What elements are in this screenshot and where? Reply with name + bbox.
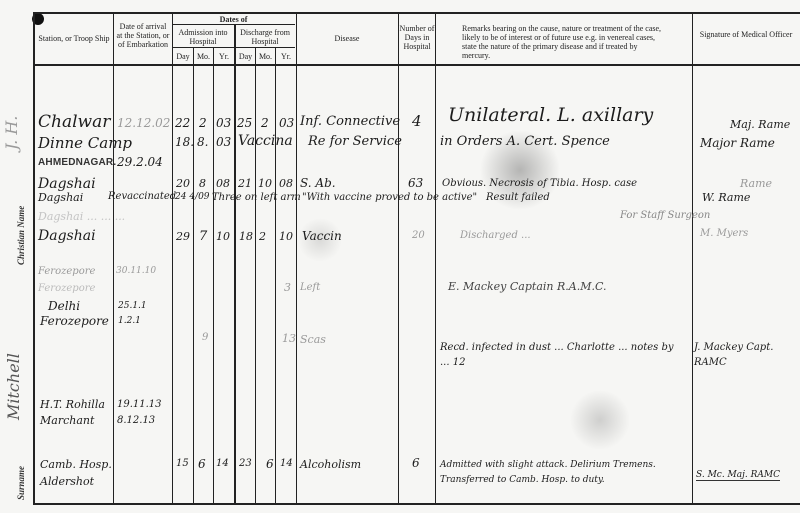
header-signature: Signature of Medical Officer: [694, 30, 798, 39]
row-station: Chalwar: [38, 112, 110, 132]
christian-name-label: Christian Name: [16, 206, 26, 265]
header-arrival: Date of arrival at the Station, or of Em…: [116, 22, 170, 49]
col-border-arrival: [113, 12, 114, 505]
header-admission: Admission into Hospital: [174, 28, 232, 46]
row-adm-mo: 8.: [197, 135, 208, 149]
header-dis-day: Day: [236, 52, 255, 61]
row-signature: Rame: [740, 177, 772, 190]
col-border-signature: [692, 12, 693, 505]
row-adm-day: 24 4/09: [175, 192, 210, 202]
faint-entry: Dagshai ... ... ...: [38, 210, 125, 223]
row-arrival: 30.11.10: [116, 266, 156, 276]
row-adm-yr: 03: [216, 135, 231, 149]
header-dis-yr: Yr.: [276, 52, 296, 61]
row-days: 6: [412, 456, 420, 470]
margin-surname-handwriting: Mitchell: [4, 353, 23, 420]
row-dis-mo: 2: [259, 230, 266, 243]
row-disease: Inf. Connective: [300, 114, 400, 129]
table-bottom-border: [33, 503, 800, 505]
row-dis-day: 25: [237, 116, 252, 130]
row-signature: M. Myers: [700, 228, 748, 239]
row-signature: J. Mackey Capt. RAMC: [694, 340, 789, 370]
row-adm-day: 22: [175, 116, 190, 130]
row-adm-mo: 9: [202, 332, 208, 343]
row-days: 63: [408, 176, 423, 190]
row-dis-yr: 3: [284, 281, 291, 294]
row-station: Dagshai: [38, 176, 96, 192]
header-bottom-border: [33, 64, 800, 66]
header-remarks: Remarks bearing on the cause, nature or …: [462, 24, 662, 60]
row-disease: Vaccin: [302, 229, 342, 243]
row-remarks: Discharged ...: [460, 230, 531, 241]
header-discharge: Discharge from Hospital: [236, 28, 294, 46]
row-arrival: 29.2.04: [117, 155, 163, 169]
row-station: Camb. Hosp. Aldershot: [40, 456, 112, 490]
row-remarks: Obvious. Necrosis of Tibia. Hosp. case: [442, 178, 637, 189]
col-border-admission: [172, 12, 173, 505]
row-station: Ferozepore: [38, 283, 95, 294]
row-signature: Maj. Rame: [730, 118, 790, 131]
row-dis-mo: 6: [266, 457, 274, 471]
row-adm-mo: 8: [199, 177, 206, 190]
col-border-days: [398, 12, 399, 505]
row-signature: S. Mc. Maj. RAMC: [696, 470, 780, 481]
row-dis-yr: 03: [279, 116, 294, 130]
row-remarks: in Orders A. Cert. Spence: [440, 134, 610, 149]
row-remarks: E. Mackey Captain R.A.M.C.: [448, 280, 607, 293]
row-arrival: 19.11.13: [117, 399, 162, 410]
row-remarks: Result failed: [486, 192, 550, 203]
row-dis-day: Vaccina: [238, 133, 293, 149]
col-border-remarks: [435, 12, 436, 505]
row-disease: Alcoholism: [300, 458, 361, 471]
row-dis-yr: 10: [279, 230, 293, 243]
row-station: Ferozepore: [38, 266, 95, 277]
row-station: Dagshai: [38, 191, 83, 204]
row-days: 20: [412, 230, 425, 241]
row-adm-day: 20: [176, 177, 190, 190]
row-station: Delhi: [48, 299, 80, 313]
medical-history-sheet: Christian Name Surname J. H. Mitchell St…: [0, 0, 800, 513]
row-adm-day: 15: [176, 458, 189, 469]
row-dis-day: 23: [239, 458, 252, 469]
col-border-left: [33, 12, 35, 505]
faint-signature: For Staff Surgeon: [620, 210, 710, 221]
row-disease: S. Ab.: [300, 176, 336, 190]
row-arrival: 25.1.1: [118, 301, 147, 311]
row-station-stamp: AHMEDNAGAR.: [38, 157, 116, 168]
row-adm-yr: 10: [216, 230, 230, 243]
row-adm-day: 18.: [175, 135, 194, 149]
row-signature: Major Rame: [700, 136, 775, 150]
row-dis-mo: 10: [258, 177, 272, 190]
row-station: H.T. Rohilla: [40, 398, 105, 411]
header-disease: Disease: [298, 34, 396, 43]
row-adm-day: 29: [176, 230, 190, 243]
header-dis-mo: Mo.: [256, 52, 275, 61]
row-dis-day: 21: [238, 177, 252, 190]
row-disease: "With vaccine proved to be active": [302, 192, 477, 203]
row-station: Dinne Camp: [38, 134, 132, 152]
col-border-adm-mo: [193, 47, 194, 505]
col-border-disease: [296, 12, 297, 505]
row-signature: W. Rame: [702, 191, 750, 204]
header-adm-day: Day: [173, 52, 193, 61]
col-border-adm-yr: [213, 47, 214, 505]
row-remarks: Recd. infected in dust ... Charlotte ...…: [440, 340, 685, 370]
row-remarks: Admitted with slight attack. Delirium Tr…: [440, 458, 690, 488]
row-disease: Left: [300, 282, 320, 293]
row-disease: Re for Service: [308, 134, 402, 149]
row-arrival: 12.12.02: [117, 116, 170, 130]
row-dis-yr: 08: [279, 177, 293, 190]
row-dis-mo: 2: [261, 116, 269, 130]
row-dis-day: Three on left arm: [212, 192, 301, 203]
header-adm-yr: Yr.: [214, 52, 234, 61]
row-adm-yr: 08: [216, 177, 230, 190]
header-dates-of: Dates of: [172, 15, 295, 24]
table-top-border: [33, 12, 800, 14]
row-station: Ferozepore: [40, 314, 109, 328]
row-adm-yr: 03: [216, 116, 231, 130]
row-arrival: 8.12.13: [117, 415, 155, 426]
row-adm-mo: 6: [198, 457, 206, 471]
col-border-dis-mo: [255, 47, 256, 505]
col-border-dis-yr: [275, 47, 276, 505]
header-station: Station, or Troop Ship: [36, 34, 112, 43]
row-adm-yr: 14: [216, 458, 229, 469]
row-adm-mo: 2: [199, 116, 207, 130]
row-arrival: 1.2.1: [118, 316, 141, 326]
row-disease: Scas: [300, 333, 326, 346]
header-adm-mo: Mo.: [194, 52, 213, 61]
row-days: 4: [412, 112, 422, 130]
row-station: Dagshai: [38, 228, 96, 244]
row-dis-yr: 13: [282, 332, 296, 345]
header-days: Number of Days in Hospital: [399, 24, 435, 51]
col-border-discharge: [234, 24, 236, 505]
row-dis-day: 18: [239, 230, 253, 243]
row-adm-mo: 7: [199, 229, 207, 244]
margin-christian-name-handwriting: J. H.: [2, 116, 21, 150]
row-station: Marchant: [40, 414, 94, 427]
row-remarks: Unilateral. L. axillary: [448, 104, 653, 126]
surname-label: Surname: [16, 466, 26, 500]
row-arrival: Revaccinated: [108, 191, 176, 202]
row-dis-yr: 14: [280, 458, 293, 469]
